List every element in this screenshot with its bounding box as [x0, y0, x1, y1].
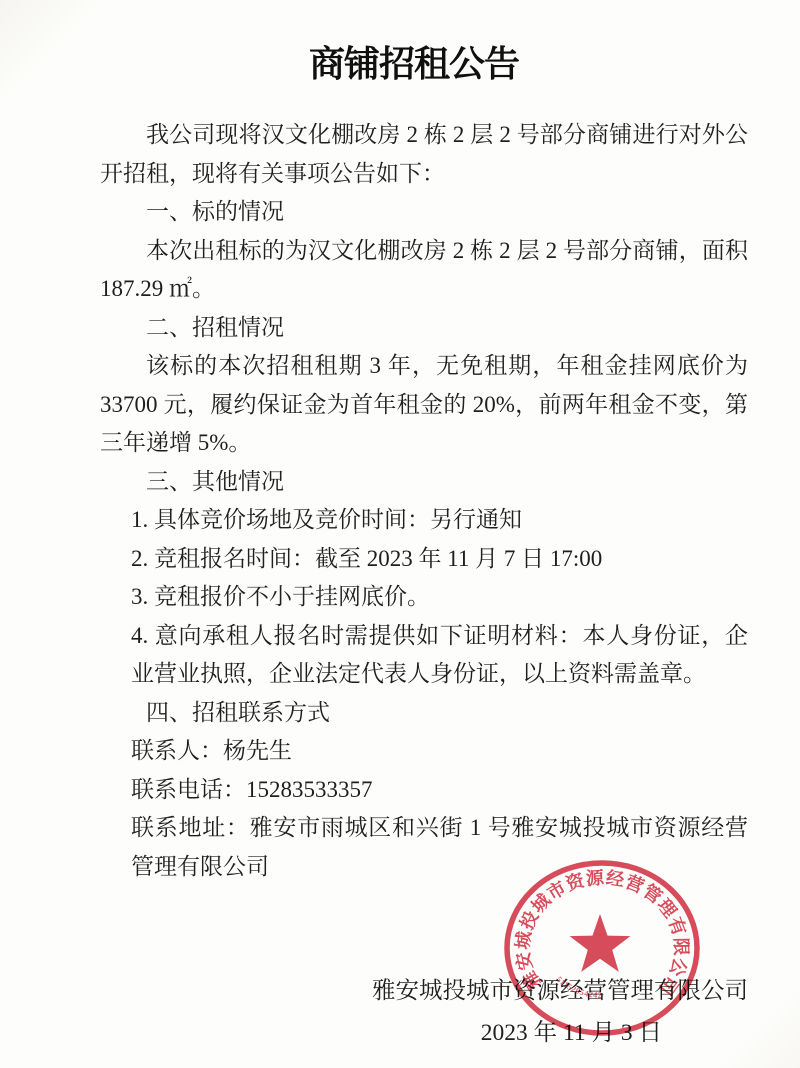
list-item-2: 2. 竞租报名时间：截至 2023 年 11 月 7 日 17:00	[100, 540, 748, 579]
doc-line: 我公司现将汉文化棚改房 2 栋 2 层 2 号部分商铺进行对外公	[100, 116, 748, 155]
contact-address-line: 联系地址：雅安市雨城区和兴街 1 号雅安城投城市资源经营	[100, 809, 748, 848]
doc-line: 三年递增 5%。	[100, 424, 748, 463]
section-heading-4: 四、招租联系方式	[100, 694, 748, 733]
doc-line: 该标的本次招租租期 3 年，无免租期，年租金挂网底价为	[100, 347, 748, 386]
doc-line: 本次出租标的为汉文化棚改房 2 栋 2 层 2 号部分商铺，面积	[100, 232, 748, 271]
list-item-3: 3. 竞租报价不小于挂网底价。	[100, 578, 748, 617]
doc-line: 33700 元，履约保证金为首年租金的 20%，前两年租金不变，第	[100, 386, 748, 425]
page-title: 商铺招租公告	[14, 36, 800, 87]
section-heading-3: 三、其他情况	[100, 463, 748, 502]
company-seal: 雅安城投城市资源经营管理有限公司 51152054242	[502, 858, 702, 1040]
list-item-1: 1. 具体竞价场地及竞价时间：另行通知	[100, 501, 748, 540]
announcement-page: 商铺招租公告 我公司现将汉文化棚改房 2 栋 2 层 2 号部分商铺进行对外公 …	[0, 0, 800, 1068]
doc-line: 开招租，现将有关事项公告如下：	[100, 155, 748, 194]
doc-line: 业营业执照，企业法定代表人身份证，以上资料需盖章。	[100, 655, 748, 694]
contact-phone-line: 联系电话：15283533357	[100, 771, 748, 810]
seal-serial-text: 51152054242	[555, 974, 603, 1000]
doc-line: 187.29 ㎡。	[100, 270, 748, 309]
list-item-4: 4. 意向承租人报名时需提供如下证明材料：本人身份证，企	[100, 617, 748, 656]
document-body: 我公司现将汉文化棚改房 2 栋 2 层 2 号部分商铺进行对外公 开招租，现将有…	[100, 116, 748, 886]
section-heading-1: 一、标的情况	[100, 193, 748, 232]
seal-star-icon	[570, 914, 631, 972]
contact-person-line: 联系人：杨先生	[100, 732, 748, 771]
section-heading-2: 二、招租情况	[100, 309, 748, 348]
